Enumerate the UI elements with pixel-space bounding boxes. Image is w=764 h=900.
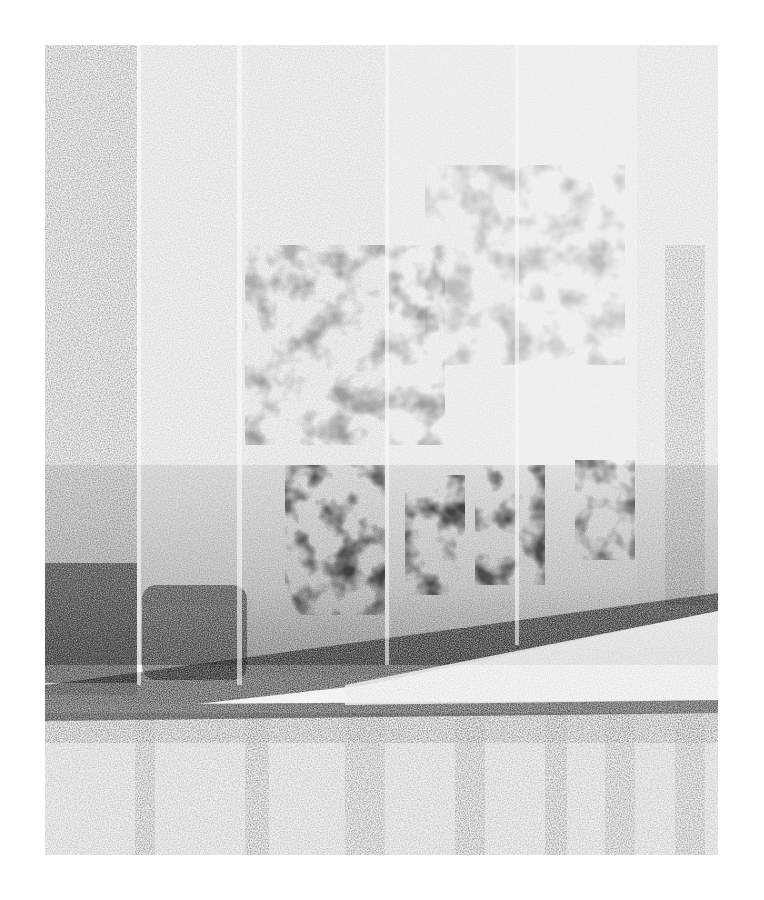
photograph xyxy=(45,45,718,855)
photo-canvas xyxy=(45,45,718,855)
lower-slab xyxy=(45,713,718,855)
